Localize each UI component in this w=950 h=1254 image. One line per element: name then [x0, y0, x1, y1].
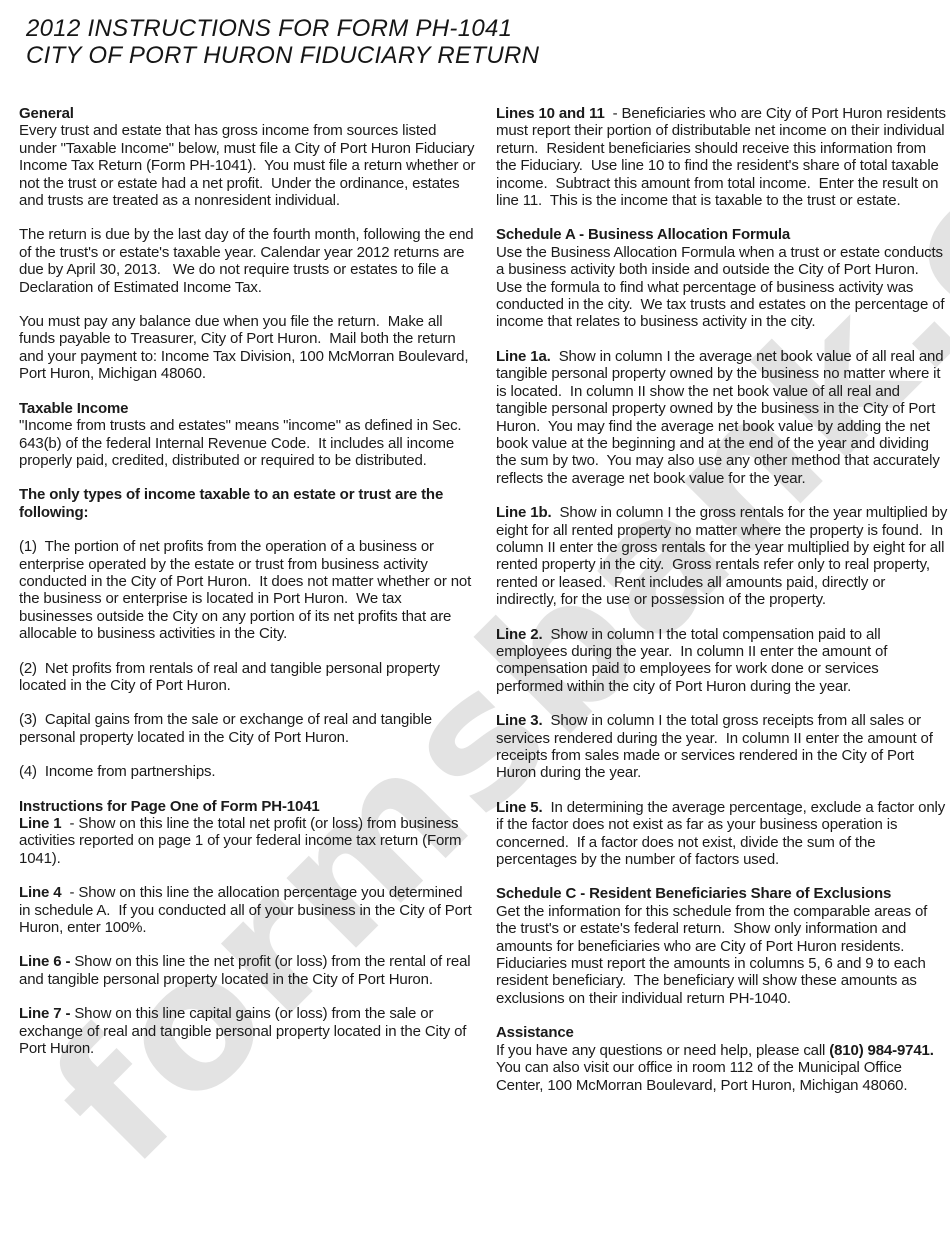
- lines-10-11-para: Lines 10 and 11 - Beneficiaries who are …: [496, 105, 948, 209]
- line-1a-para: Line 1a. Show in column I the average ne…: [496, 348, 948, 487]
- type-item-2: (2) Net profits from rentals of real and…: [19, 660, 476, 695]
- right-column: Lines 10 and 11 - Beneficiaries who are …: [496, 105, 948, 1111]
- two-column-body: GeneralEvery trust and estate that has g…: [19, 105, 948, 1111]
- assistance-para: If you have any questions or need help, …: [496, 1042, 948, 1094]
- schedule-a-heading: Schedule A - Business Allocation Formula: [496, 226, 948, 243]
- taxable-income-para: "Income from trusts and estates" means "…: [19, 417, 476, 469]
- page-title: 2012 INSTRUCTIONS FOR FORM PH-1041 CITY …: [26, 15, 539, 69]
- general-para-2: The return is due by the last day of the…: [19, 226, 476, 296]
- only-types-intro: The only types of income taxable to an e…: [19, 486, 476, 521]
- line-7-para: Line 7 - Show on this line capital gains…: [19, 1005, 476, 1057]
- line-5-para: Line 5. In determining the average perce…: [496, 799, 948, 869]
- left-column: GeneralEvery trust and estate that has g…: [19, 105, 476, 1111]
- line-4-para: Line 4 - Show on this line the allocatio…: [19, 884, 476, 936]
- general-para-1: Every trust and estate that has gross in…: [19, 122, 476, 209]
- line-2-para: Line 2. Show in column I the total compe…: [496, 626, 948, 696]
- taxable-income-heading: Taxable Income: [19, 400, 476, 417]
- type-item-3: (3) Capital gains from the sale or excha…: [19, 711, 476, 746]
- page-title-line-1: 2012 INSTRUCTIONS FOR FORM PH-1041: [26, 15, 539, 42]
- schedule-c-heading: Schedule C - Resident Beneficiaries Shar…: [496, 885, 948, 902]
- page-title-line-2: CITY OF PORT HURON FIDUCIARY RETURN: [26, 42, 539, 69]
- assistance-heading: Assistance: [496, 1024, 948, 1041]
- line-1b-para: Line 1b. Show in column I the gross rent…: [496, 504, 948, 608]
- schedule-a-para: Use the Business Allocation Formula when…: [496, 244, 948, 331]
- general-heading: General: [19, 105, 476, 122]
- line-1-para: Line 1 - Show on this line the total net…: [19, 815, 476, 867]
- general-para-3: You must pay any balance due when you fi…: [19, 313, 476, 383]
- type-item-1: (1) The portion of net profits from the …: [19, 538, 476, 642]
- schedule-c-para: Get the information for this schedule fr…: [496, 903, 948, 1007]
- line-6-para: Line 6 - Show on this line the net profi…: [19, 953, 476, 988]
- page-one-instructions-heading: Instructions for Page One of Form PH-104…: [19, 798, 476, 815]
- type-item-4: (4) Income from partnerships.: [19, 763, 476, 780]
- line-3-para: Line 3. Show in column I the total gross…: [496, 712, 948, 782]
